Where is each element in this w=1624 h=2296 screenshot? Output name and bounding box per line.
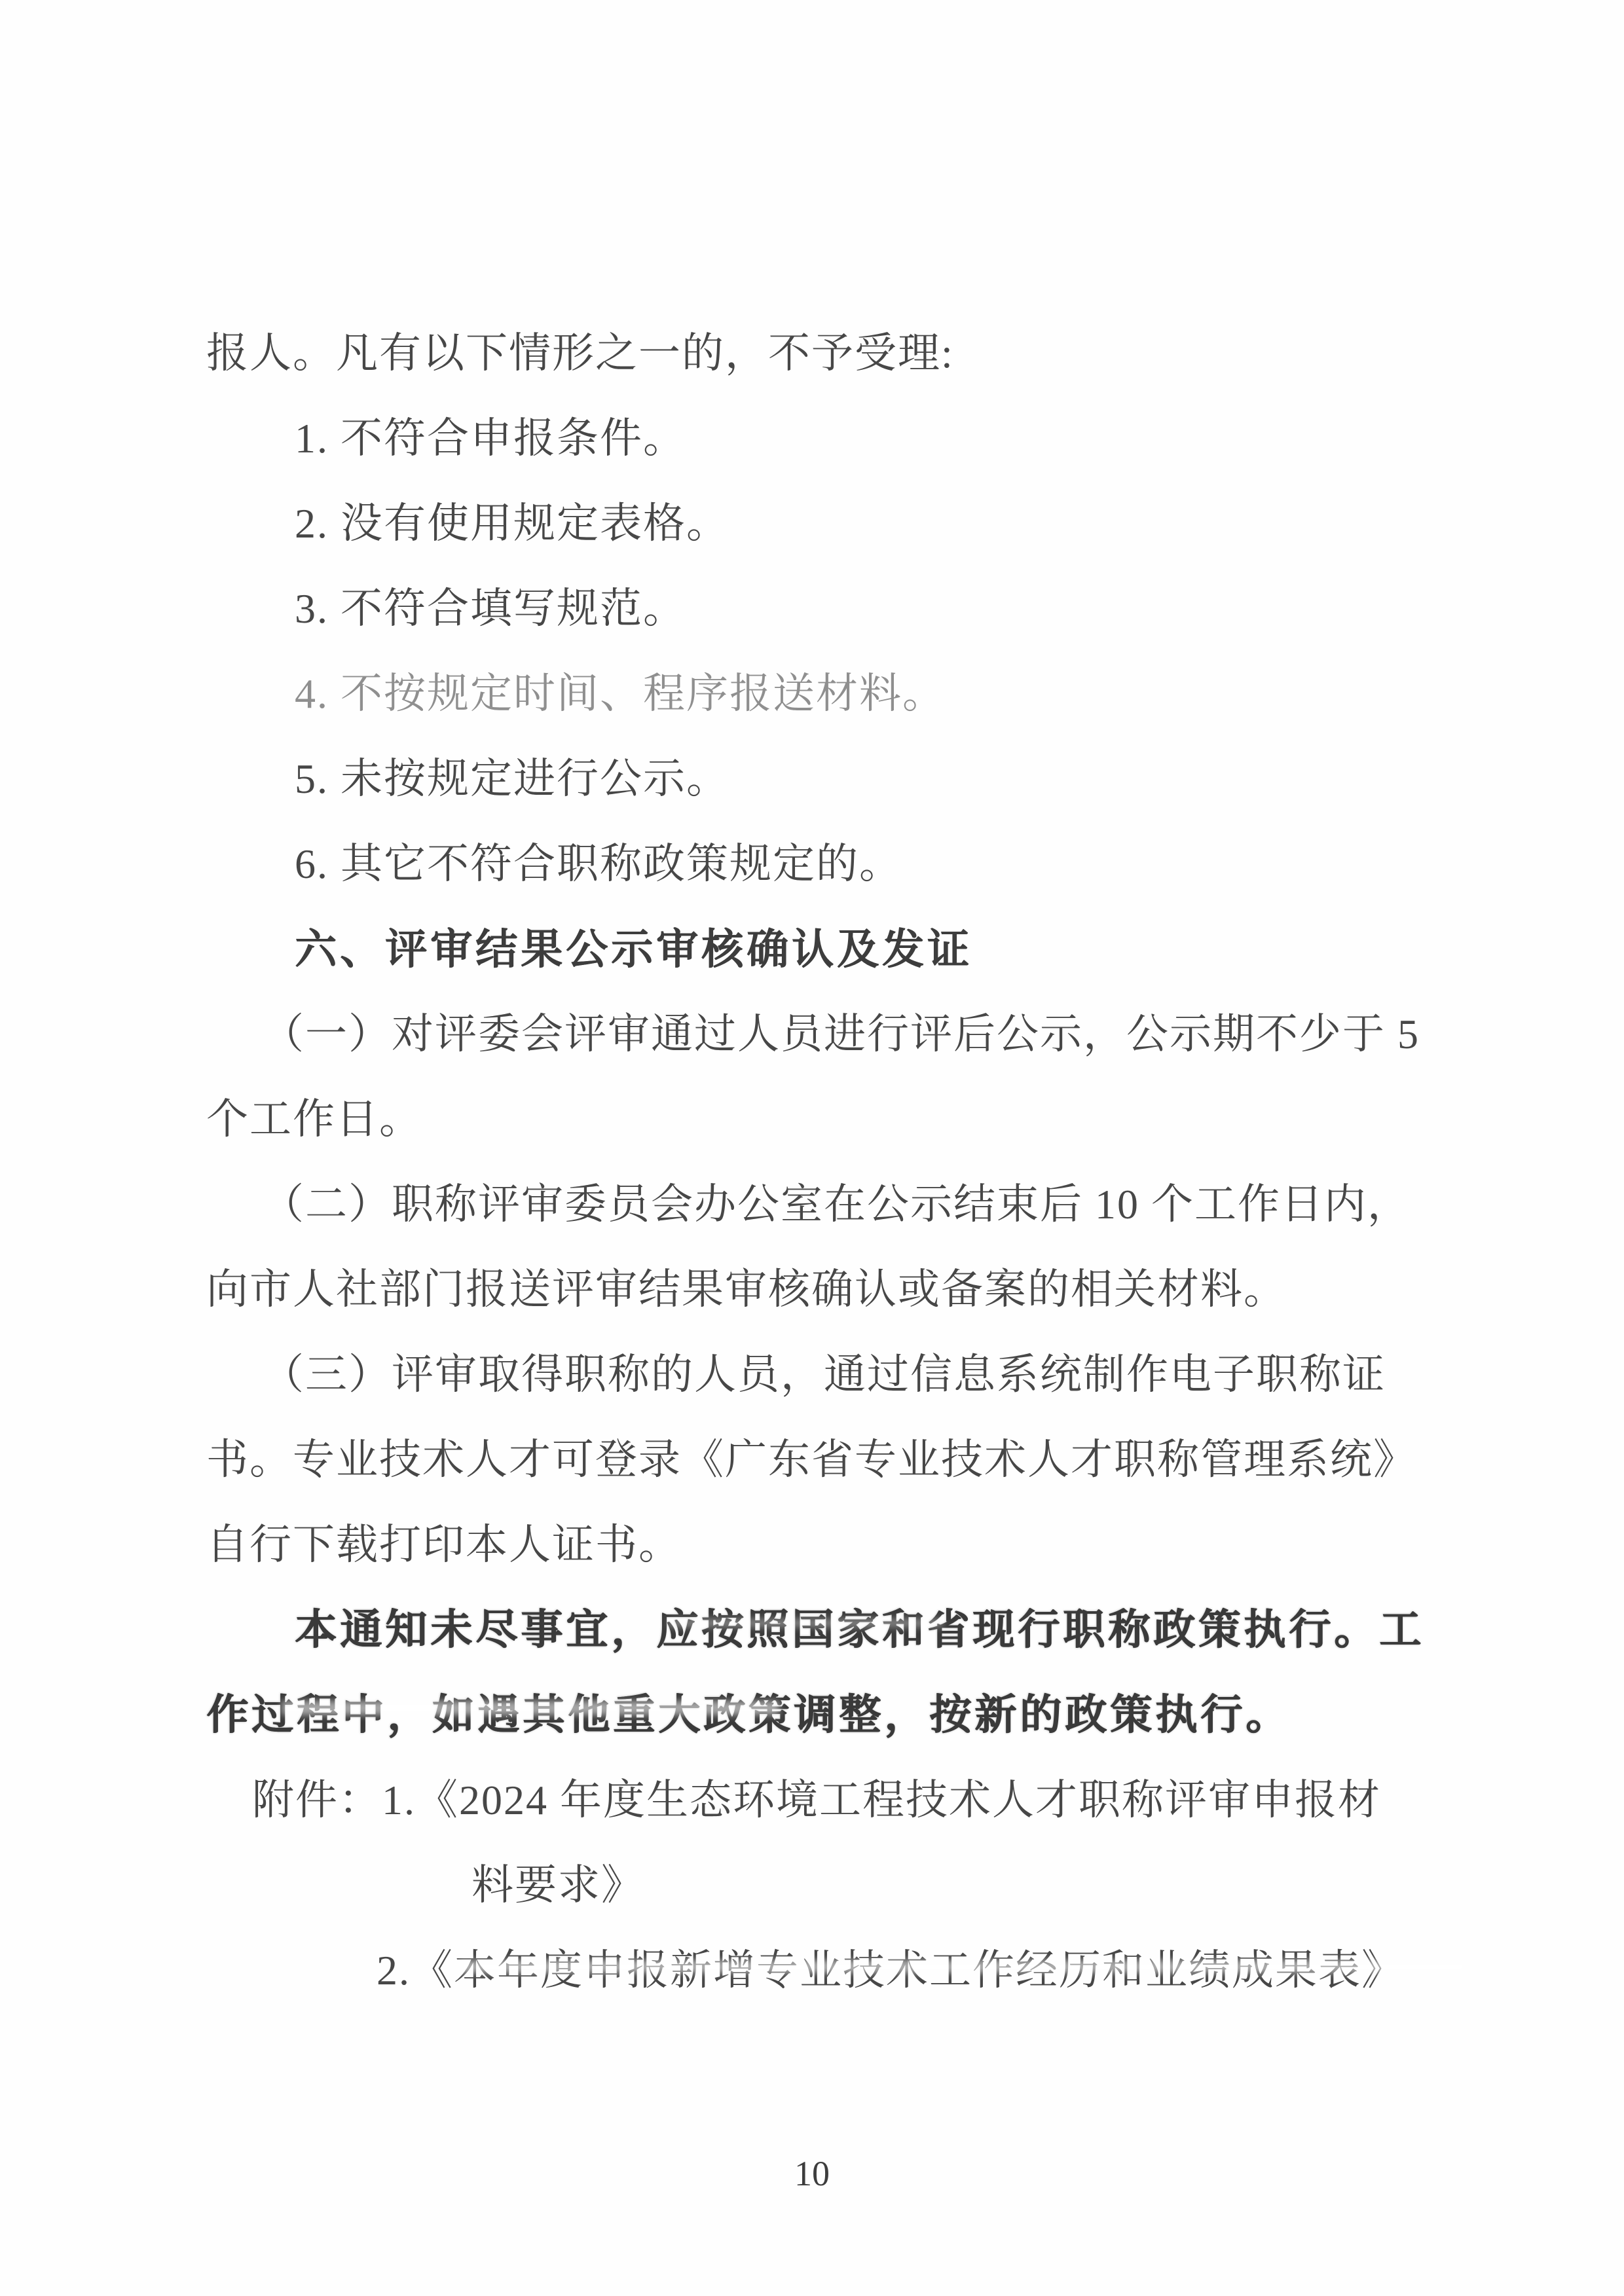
text-line: 报人。凡有以下情形之一的，不予受理: xyxy=(206,311,1624,396)
text-line: 5. 未按规定进行公示。 xyxy=(295,737,1624,822)
text-line: 料要求》 xyxy=(471,1843,1624,1928)
text-line: 1. 不符合申报条件。 xyxy=(295,396,1624,481)
document-body: 报人。凡有以下情形之一的，不予受理:1. 不符合申报条件。2. 没有使用规定表格… xyxy=(0,0,1624,2013)
text-line: 本通知未尽事宜，应按照国家和省现行职称政策执行。工 xyxy=(295,1588,1624,1673)
text-line: 自行下载打印本人证书。 xyxy=(206,1503,1624,1588)
text-line: 附件：1.《2024 年度生态环境工程技术人才职称评审申报材 xyxy=(252,1758,1624,1843)
text-line: 3. 不符合填写规范。 xyxy=(295,566,1624,651)
text-line: 6. 其它不符合职称政策规定的。 xyxy=(295,822,1624,907)
text-line: 4. 不按规定时间、程序报送材料。 xyxy=(295,651,1624,737)
document-page: 报人。凡有以下情形之一的，不予受理:1. 不符合申报条件。2. 没有使用规定表格… xyxy=(0,0,1624,2296)
text-line: 个工作日。 xyxy=(206,1077,1624,1162)
text-line: （三）评审取得职称的人员，通过信息系统制作电子职称证 xyxy=(262,1332,1624,1417)
text-line: （一）对评委会评审通过人员进行评后公示，公示期不少于 5 xyxy=(262,992,1624,1077)
text-line: 六、评审结果公示审核确认及发证 xyxy=(295,907,1624,992)
text-line: 2. 没有使用规定表格。 xyxy=(295,481,1624,566)
text-line: 2.《本年度申报新增专业技术工作经历和业绩成果表》 xyxy=(377,1928,1624,2013)
text-line: 向市人社部门报送评审结果审核确认或备案的相关材料。 xyxy=(206,1247,1624,1332)
text-line: 书。专业技术人才可登录《广东省专业技术人才职称管理系统》 xyxy=(206,1417,1624,1503)
text-line: （二）职称评审委员会办公室在公示结束后 10 个工作日内， xyxy=(262,1162,1624,1247)
page-number: 10 xyxy=(0,2131,1624,2216)
text-line: 作过程中，如遇其他重大政策调整，按新的政策执行。 xyxy=(206,1673,1624,1758)
